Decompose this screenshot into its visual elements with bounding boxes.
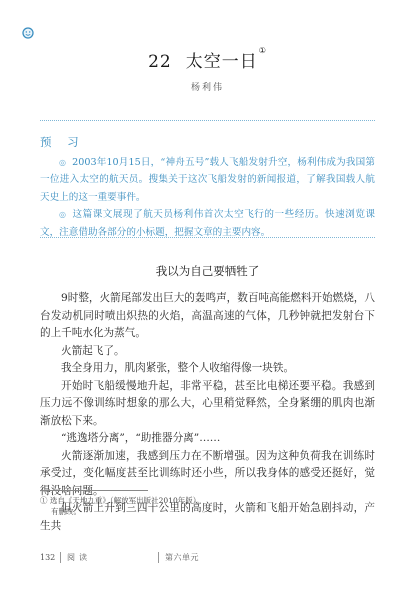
bullet-icon: ◎: [59, 210, 67, 219]
textbook-page: 22太空一日① 杨利伟 预 习 ◎2003年10月15日，“神舟五号”载人飞船发…: [0, 0, 415, 592]
footnote-divider: [40, 490, 148, 491]
paragraph: 9时整，火箭尾部发出巨大的轰鸣声，数百吨高能燃料开始燃烧，八台发动机同时喷出炽热…: [40, 290, 375, 343]
section-subtitle: 我以为自己要牺牲了: [0, 263, 415, 279]
preview-item: ◎这篇课文展现了航天员杨利伟首次太空飞行的一些经历。快速浏览课文，注意借助各部分…: [40, 206, 375, 241]
smiley-icon: [22, 27, 34, 39]
footer-divider: [158, 552, 159, 563]
preview-bottom-divider: [40, 237, 375, 238]
preview-heading: 预 习: [40, 134, 375, 152]
paragraph: 火箭逐渐加速，我感到压力在不断增强。因为这种负荷我在训练时承受过，变化幅度甚至比…: [40, 448, 375, 501]
paragraph: “逃逸塔分离”，“助推器分离”……: [40, 430, 375, 448]
footer-section: 阅读: [67, 552, 156, 563]
preview-top-divider: [40, 120, 375, 121]
paragraph: 火箭起飞了。: [40, 343, 375, 361]
footer-unit: 第六单元: [165, 552, 199, 563]
paragraph: 我全身用力，肌肉紧张，整个人收缩得像一块铁。: [40, 360, 375, 378]
lesson-title-text: 太空一日: [186, 52, 258, 72]
title-footnote-mark[interactable]: ①: [259, 46, 267, 55]
lesson-title: 22太空一日①: [0, 47, 415, 72]
footnote: ① 选自《天地九重》（解放军出版社2010年版）。 有删改。: [40, 495, 300, 517]
footnote-note: 有删改。: [40, 506, 300, 517]
bullet-icon: ◎: [59, 158, 66, 167]
page-footer: 132 阅读 第六单元: [40, 550, 199, 564]
preview-section: 预 习 ◎2003年10月15日，“神舟五号”载人飞船发射升空，杨利伟成为我国第…: [40, 134, 375, 241]
paragraph: 开始时飞船缓慢地升起，非常平稳，甚至比电梯还要平稳。我感到压力远不像训练时想象的…: [40, 378, 375, 431]
footnote-source: ① 选自《天地九重》（解放军出版社2010年版）。: [40, 495, 300, 506]
preview-item: ◎2003年10月15日，“神舟五号”载人飞船发射升空，杨利伟成为我国第一位进入…: [40, 154, 375, 207]
author: 杨利伟: [0, 80, 415, 93]
lesson-number: 22: [148, 52, 172, 72]
footer-divider: [60, 552, 61, 563]
page-number: 132: [40, 553, 58, 562]
